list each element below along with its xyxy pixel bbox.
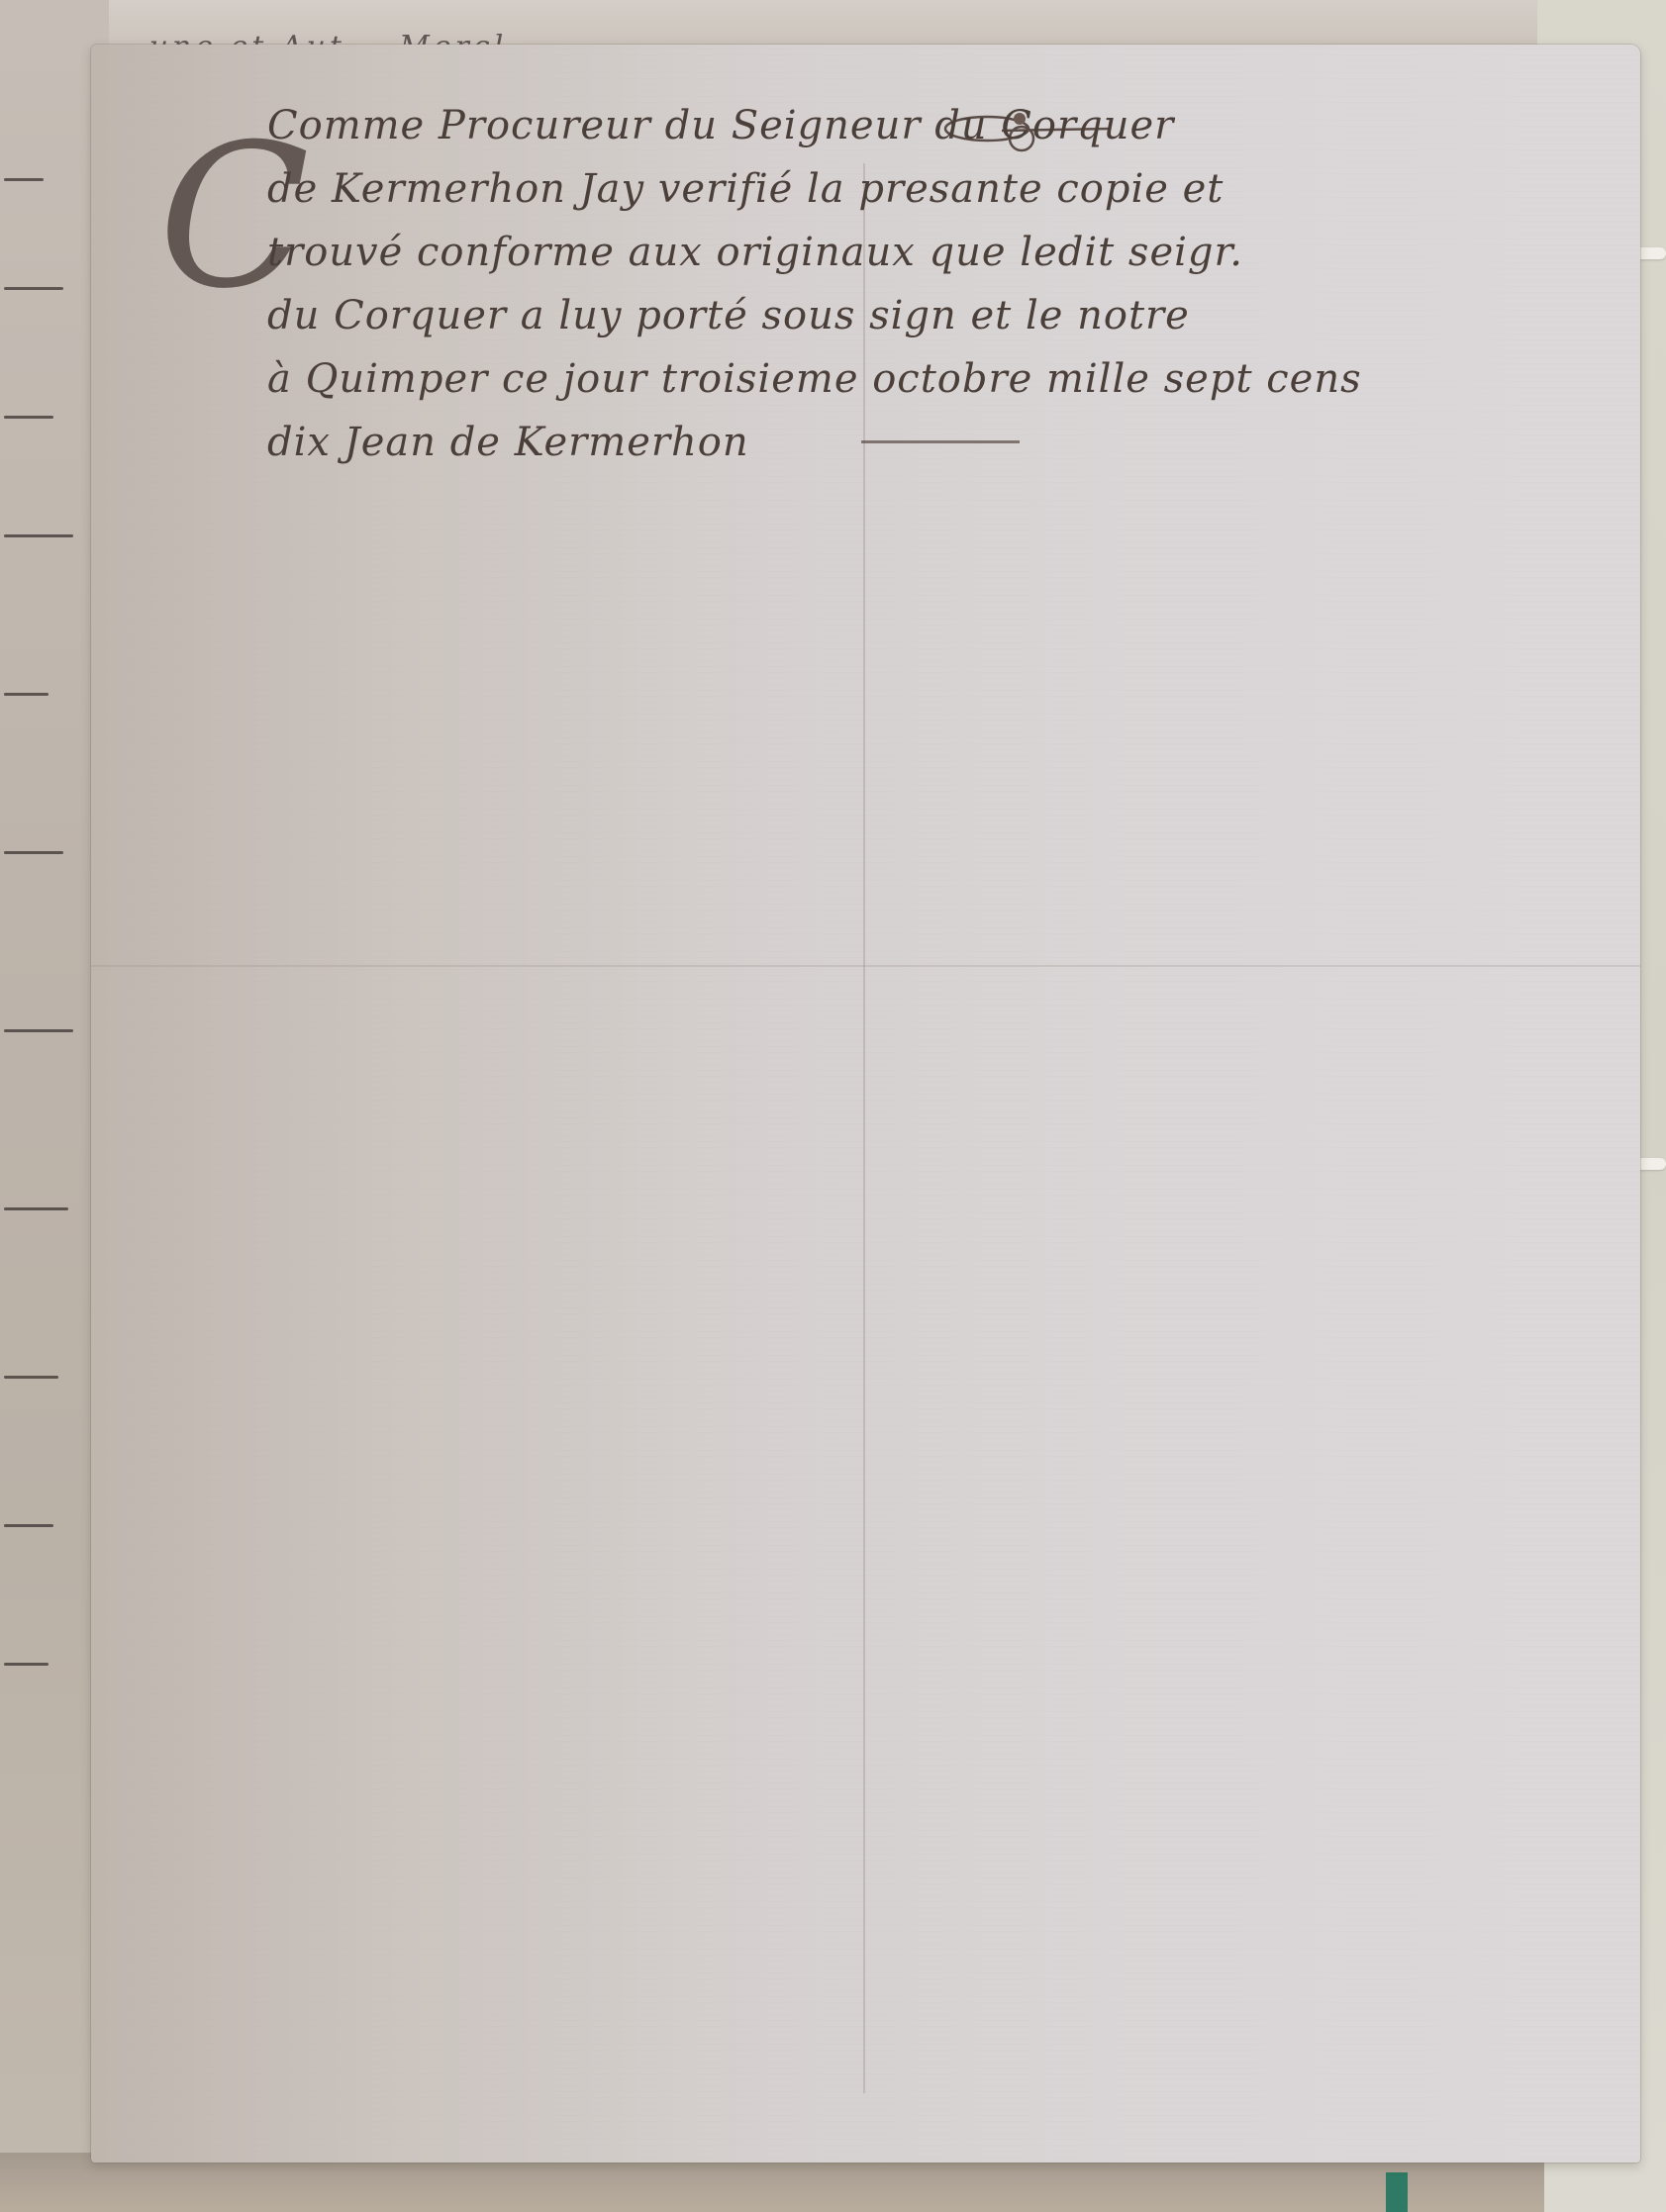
underlying-ink-stroke [4, 693, 49, 696]
manuscript-text: Comme Procureur du Seigneur du Corquer d… [158, 94, 1564, 474]
underlying-ink-stroke [4, 416, 53, 419]
underlying-ink-stroke [4, 287, 63, 290]
underlying-ink-stroke [4, 1376, 58, 1379]
underlying-ink-stroke [4, 534, 73, 537]
manuscript-line-1: Comme Procureur du Seigneur du Corquer [158, 94, 1564, 157]
underlying-ink-stroke [4, 1207, 68, 1210]
underlying-ink-stroke [4, 1029, 73, 1032]
manuscript-line-4: du Corquer a luy porté sous sign et le n… [158, 284, 1564, 347]
underlying-ink-stroke [4, 178, 44, 181]
manuscript-line-2: de Kermerhon Jay verifié la presante cop… [158, 157, 1564, 221]
fold-crease-horizontal [91, 965, 1640, 967]
signature-underline [861, 440, 1020, 443]
underlying-ink-stroke [4, 1663, 49, 1666]
manuscript-line-5: à Quimper ce jour troisieme octobre mill… [158, 347, 1564, 411]
manuscript-line-3: trouvé conforme aux originaux que ledit … [158, 221, 1564, 284]
underlying-ink-stroke [4, 851, 63, 854]
underlying-ink-stroke [4, 1524, 53, 1527]
green-tab [1386, 2172, 1408, 2212]
